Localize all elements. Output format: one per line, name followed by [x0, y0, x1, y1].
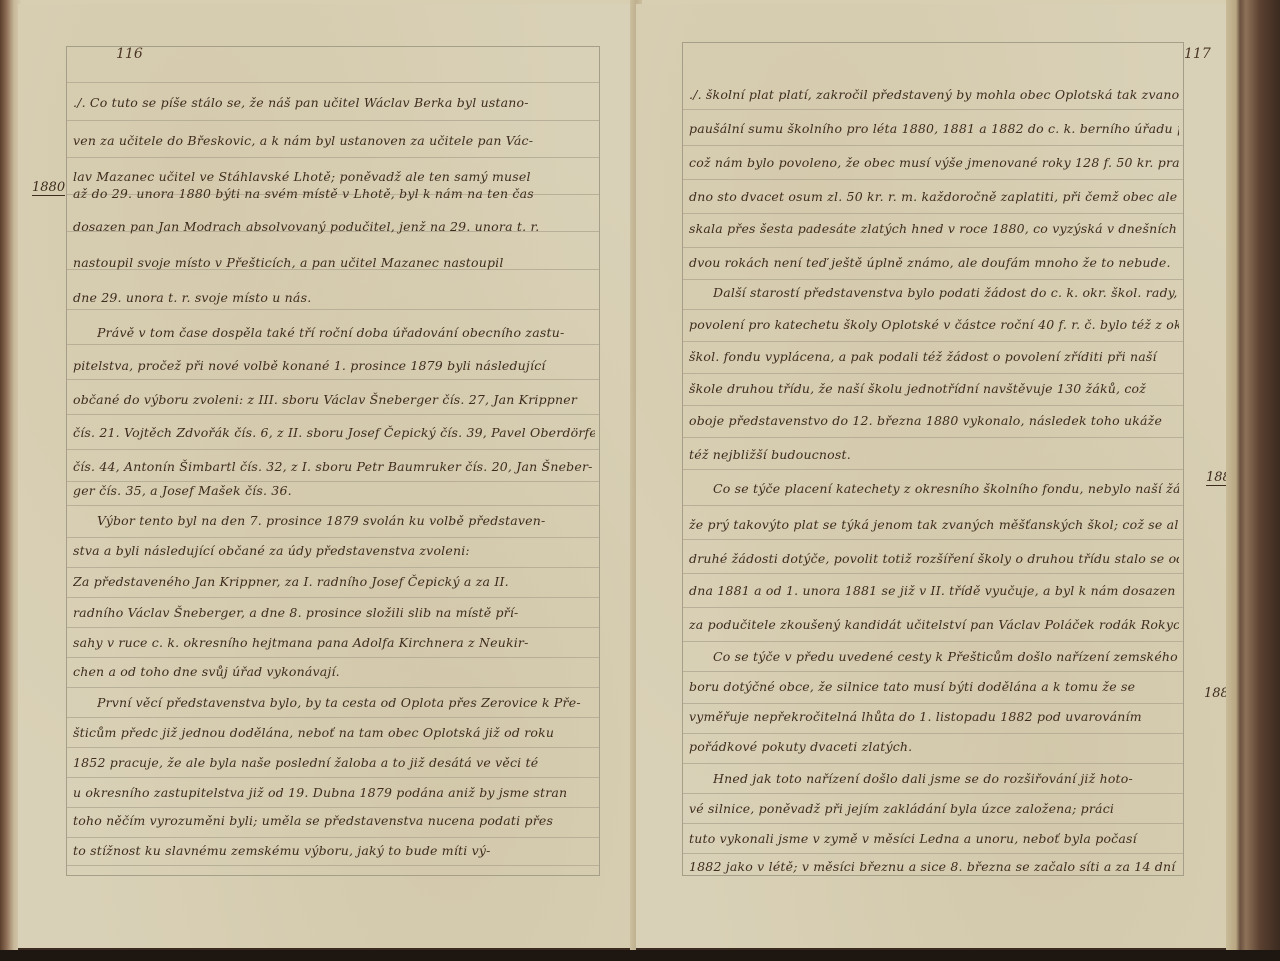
ruled-frame-left: ./. Co tuto se píše stálo se, že náš pan…	[66, 46, 600, 876]
ruled-line	[683, 179, 1183, 180]
text-line: druhé žádosti dotýče, povolit totiž rozš…	[689, 551, 1179, 566]
text-line: Za představeného Jan Krippner, za I. rad…	[73, 574, 595, 589]
ruled-line	[67, 865, 599, 866]
ruled-line	[67, 344, 599, 345]
text-line: lav Mazanec učitel ve Stáhlavské Lhotě; …	[73, 169, 595, 184]
ruled-line	[683, 607, 1183, 608]
text-line: sahy v ruce c. k. okresního hejtmana pan…	[73, 635, 595, 650]
ruled-line	[683, 703, 1183, 704]
ruled-line	[683, 539, 1183, 540]
left-page: 116 1880 ./. Co tuto se píše stálo se, ž…	[18, 4, 634, 954]
book-fore-edge	[1226, 0, 1280, 961]
ruled-line	[683, 373, 1183, 374]
ruled-line	[67, 379, 599, 380]
ruled-line	[67, 597, 599, 598]
ruled-line	[683, 309, 1183, 310]
ruled-line	[67, 687, 599, 688]
text-line: oboje představenstvo do 12. března 1880 …	[689, 413, 1179, 428]
text-line: ./. Co tuto se píše stálo se, že náš pan…	[73, 95, 595, 110]
ruled-line	[67, 449, 599, 450]
text-line: Co se týče v předu uvedené cesty k Přešt…	[713, 649, 1179, 664]
right-page: 117 1881 1882 ./. školní plat platí, zak…	[636, 4, 1226, 954]
ruled-line	[683, 247, 1183, 248]
text-line: dosazen pan Jan Modrach absolvovaný podu…	[73, 219, 595, 234]
text-line: boru dotýčné obce, že silnice tato musí …	[689, 679, 1179, 694]
text-line: u okresního zastupitelstva již od 19. Du…	[73, 785, 595, 800]
ruled-line	[67, 717, 599, 718]
text-line: šticům předc již jednou dodělána, neboť …	[73, 725, 595, 740]
ruled-line	[683, 109, 1183, 110]
book-bottom-edge	[0, 950, 1280, 961]
ruled-line	[683, 573, 1183, 574]
ruled-line	[67, 505, 599, 506]
text-line: že prý takovýto plat se týká jenom tak z…	[689, 517, 1179, 532]
ruled-line	[67, 567, 599, 568]
ruled-line	[683, 641, 1183, 642]
ruled-line	[67, 837, 599, 838]
text-line: to stížnost ku slavnému zemskému výboru,…	[73, 843, 595, 858]
text-line: pořádkové pokuty dvaceti zlatých.	[689, 739, 1179, 754]
text-line: dno sto dvacet osum zl. 50 kr. r. m. kaž…	[689, 189, 1179, 204]
ruled-line	[683, 763, 1183, 764]
text-line: Hned jak toto nařízení došlo dali jsme s…	[713, 771, 1179, 786]
text-line: nastoupil svoje místo v Přešticích, a pa…	[73, 255, 595, 270]
ruled-line	[67, 309, 599, 310]
text-line: chen a od toho dne svůj úřad vykonávají.	[73, 664, 595, 679]
ruled-line	[683, 279, 1183, 280]
text-line: 1852 pracuje, že ale byla naše poslední …	[73, 755, 595, 770]
ruled-line	[683, 145, 1183, 146]
ruled-line	[683, 405, 1183, 406]
text-line: což nám bylo povoleno, že obec musí výše…	[689, 155, 1179, 170]
ruled-line	[67, 627, 599, 628]
text-line: radního Václav Šneberger, a dne 8. prosi…	[73, 605, 595, 620]
ruled-line	[67, 120, 599, 121]
ruled-line	[683, 671, 1183, 672]
ruled-line	[67, 537, 599, 538]
text-line: též nejbližší budoucnost.	[689, 447, 1179, 462]
text-line: Další starostí představenstva bylo podat…	[713, 285, 1179, 300]
ruled-line	[683, 213, 1183, 214]
text-line: povolení pro katechetu školy Oplotské v …	[689, 317, 1179, 332]
text-line: První věcí představenstva bylo, by ta ce…	[97, 695, 595, 710]
ruled-line	[67, 82, 599, 83]
text-line: škole druhou třídu, že naší školu jednot…	[689, 381, 1179, 396]
margin-year-1880: 1880	[32, 180, 65, 196]
text-line: dvou rokách není teď ještě úplně známo, …	[689, 255, 1179, 270]
text-line: vyměřuje nepřekročitelná lhůta do 1. lis…	[689, 709, 1179, 724]
open-ledger-book: 116 1880 ./. Co tuto se píše stálo se, ž…	[0, 0, 1280, 961]
text-line: až do 29. unora 1880 býti na svém místě …	[73, 186, 595, 201]
text-line: ven za učitele do Břeskovic, a k nám byl…	[73, 133, 595, 148]
ruled-frame-right: ./. školní plat platí, zakročil představ…	[682, 42, 1184, 876]
ruled-line	[67, 747, 599, 748]
text-line: dna 1881 a od 1. unora 1881 se již v II.…	[689, 583, 1179, 598]
ruled-line	[67, 414, 599, 415]
text-line: Právě v tom čase dospěla také tří roční …	[97, 325, 595, 340]
text-line: vé silnice, poněvadž při jejím zakládání…	[689, 801, 1179, 816]
text-line: toho něčím vyrozuměni byli; uměla se pře…	[73, 813, 595, 828]
text-line: ./. školní plat platí, zakročil představ…	[689, 87, 1179, 102]
ruled-line	[683, 823, 1183, 824]
text-line: paušální sumu školního pro léta 1880, 18…	[689, 121, 1179, 136]
text-line: Co se týče placení katechety z okresního…	[713, 481, 1179, 496]
text-line: čís. 21. Vojtěch Zdvořák čís. 6, z II. s…	[73, 425, 595, 440]
ruled-line	[683, 793, 1183, 794]
text-line: ger čís. 35, a Josef Mašek čís. 36.	[73, 483, 595, 498]
ruled-line	[683, 437, 1183, 438]
text-line: občané do výboru zvoleni: z III. sboru V…	[73, 392, 595, 407]
ruled-line	[67, 157, 599, 158]
text-line: škol. fondu vyplácena, a pak podali též …	[689, 349, 1179, 364]
ruled-line	[67, 657, 599, 658]
ruled-line	[683, 733, 1183, 734]
text-line: tuto vykonali jsme v zymě v měsíci Ledna…	[689, 831, 1179, 846]
text-line: stva a byli následující občané za údy př…	[73, 543, 595, 558]
ruled-line	[683, 469, 1183, 470]
text-line: 1882 jako v létě; v měsíci březnu a sice…	[689, 859, 1179, 874]
ruled-line	[683, 853, 1183, 854]
ruled-line	[683, 505, 1183, 506]
text-line: čís. 44, Antonín Šimbartl čís. 32, z I. …	[73, 459, 595, 474]
ruled-line	[683, 341, 1183, 342]
ruled-line	[67, 807, 599, 808]
text-line: skala přes šesta padesáte zlatých hned v…	[689, 221, 1179, 236]
text-line: Výbor tento byl na den 7. prosince 1879 …	[97, 513, 595, 528]
ruled-line	[67, 481, 599, 482]
text-line: za podučitele zkoušený kandidát učitelst…	[689, 617, 1179, 632]
text-line: dne 29. unora t. r. svoje místo u nás.	[73, 290, 595, 305]
ruled-line	[67, 777, 599, 778]
page-number-right: 117	[1184, 46, 1211, 62]
text-line: pitelstva, pročež při nové volbě konané …	[73, 358, 595, 373]
